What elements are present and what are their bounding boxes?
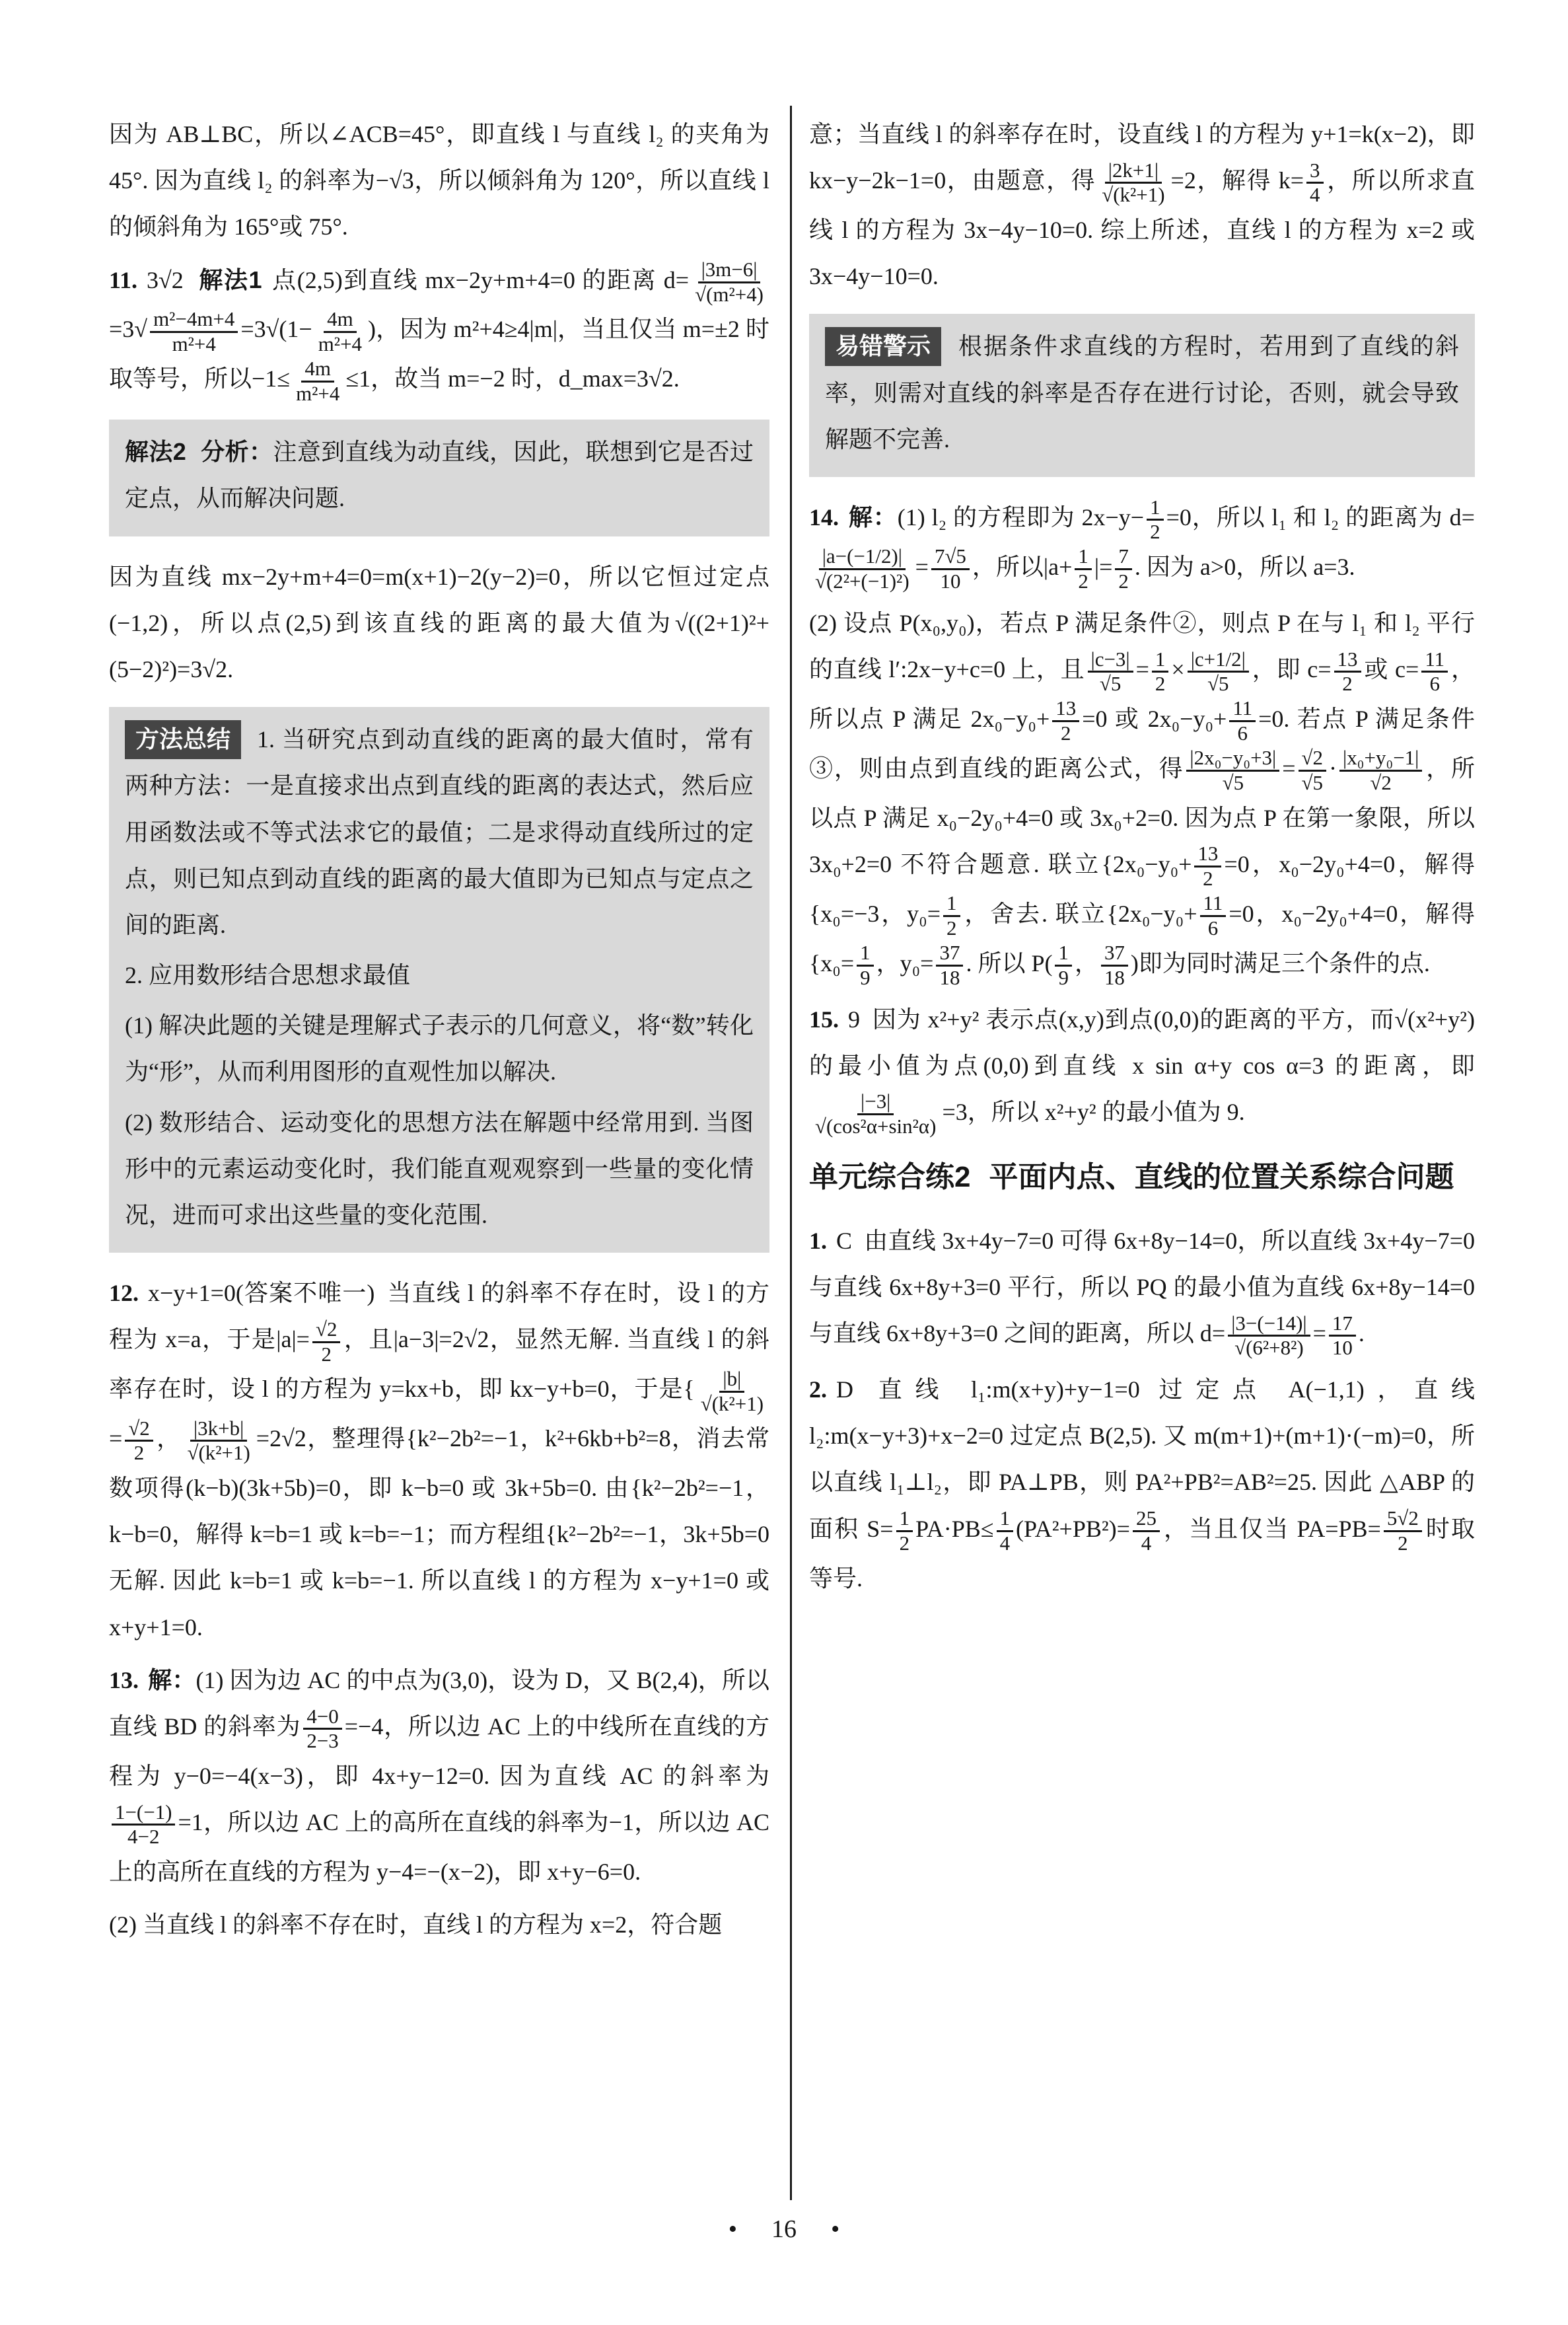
- method-summary-box: 方法总结1. 当研究点到动直线的距离的最大值时，常有两种方法：一是直接求出点到直…: [109, 707, 769, 1253]
- method2-analysis-label: 分析：: [201, 438, 273, 465]
- problem-12-answer: x−y+1=0(答案不唯一): [148, 1280, 374, 1306]
- method-summary-item-3: (1) 解决此题的关键是理解式子表示的几何意义，将“数”转化为“形”，从而利用图…: [125, 1002, 754, 1095]
- method-summary-item-2: 2. 应用数形结合思想求最值: [125, 952, 754, 998]
- problem-14-part1: (1) l₂ 的方程即为 2x−y−12=0，所以 l₁ 和 l₂ 的距离为 d…: [809, 504, 1475, 580]
- problem-11-answer: 3√2: [147, 267, 184, 293]
- problem-11-number: 11.: [109, 267, 137, 293]
- problem-15-number: 15.: [809, 1006, 839, 1033]
- practice-problem-2-number: 2.: [809, 1376, 827, 1403]
- problem-13-part1: (1) 因为边 AC 的中点为(3,0)，设为 D，又 B(2,4)，所以直线 …: [109, 1667, 769, 1885]
- problem-13-part2: (2) 当直线 l 的斜率不存在时，直线 l 的方程为 x=2，符合题: [109, 1901, 769, 1948]
- column-divider-rule: [790, 106, 792, 2200]
- page-footer: •16•: [0, 2215, 1568, 2244]
- section-header-number: 单元综合练2: [809, 1161, 970, 1193]
- error-warning-badge: 易错警示: [825, 327, 941, 365]
- solution-continuation-paragraph: 因为 AB⊥BC，所以∠ACB=45°，即直线 l 与直线 l₂ 的夹角为 45…: [109, 111, 769, 250]
- left-column: 因为 AB⊥BC，所以∠ACB=45°，即直线 l 与直线 l₂ 的夹角为 45…: [109, 111, 769, 1954]
- problem-14-solve-label: 解：: [848, 503, 898, 531]
- section-header-title: 平面内点、直线的位置关系综合问题: [989, 1161, 1454, 1193]
- practice-problem-1-answer: C: [836, 1228, 852, 1254]
- fixed-point-solution-paragraph: 因为直线 mx−2y+m+4=0=m(x+1)−2(y−2)=0，所以它恒过定点…: [109, 554, 769, 693]
- method-summary-item-1: 方法总结1. 当研究点到动直线的距离的最大值时，常有两种方法：一是直接求出点到直…: [125, 716, 754, 948]
- problem-15: 15.9因为 x²+y² 表示点(x,y)到点(0,0)的距离的平方，而√(x²…: [809, 996, 1475, 1138]
- problem-13-solve-label: 解：: [148, 1666, 196, 1693]
- error-warning-box: 易错警示根据条件求直线的方程时，若用到了直线的斜率，则需对直线的斜率是否存在进行…: [809, 314, 1475, 477]
- problem-13-number: 13.: [109, 1667, 139, 1693]
- answer-key-page: 因为 AB⊥BC，所以∠ACB=45°，即直线 l 与直线 l₂ 的夹角为 45…: [109, 111, 1475, 1954]
- problem-12-body: 当直线 l 的斜率不存在时，设 l 的方程为 x=a，于是|a|=√22，且|a…: [109, 1280, 769, 1640]
- practice-problem-1: 1.C由直线 3x+4y−7=0 可得 6x+8y−14=0，所以直线 3x+4…: [809, 1218, 1475, 1360]
- practice-problem-1-body: 由直线 3x+4y−7=0 可得 6x+8y−14=0，所以直线 3x+4y−7…: [809, 1228, 1475, 1347]
- problem-12-number: 12.: [109, 1280, 139, 1306]
- right-column: 意；当直线 l 的斜率存在时，设直线 l 的方程为 y+1=k(x−2)，即 k…: [809, 111, 1475, 1954]
- method2-analysis-paragraph: 解法2分析：注意到直线为动直线，因此，联想到它是否过定点，从而解决问题.: [125, 429, 754, 521]
- practice-problem-2: 2.D直线 l₁:m(x+y)+y−1=0 过定点 A(−1,1)，直线 l₂:…: [809, 1366, 1475, 1602]
- practice-problem-1-number: 1.: [809, 1228, 827, 1254]
- practice-problem-2-body: 直线 l₁:m(x+y)+y−1=0 过定点 A(−1,1)，直线 l₂:m(x…: [809, 1376, 1475, 1591]
- error-warning-paragraph: 易错警示根据条件求直线的方程时，若用到了直线的斜率，则需对直线的斜率是否存在进行…: [825, 323, 1459, 462]
- problem-15-answer: 9: [848, 1006, 860, 1033]
- problem-11: 11.3√2解法1点(2,5)到直线 mx−2y+m+4=0 的距离 d=|3m…: [109, 257, 769, 406]
- problem-14-number: 14.: [809, 504, 839, 531]
- problem-14-part2: (2) 设点 P(x₀,y₀)，若点 P 满足条件②，则点 P 在与 l₁ 和 …: [809, 600, 1475, 990]
- footer-left-dot: •: [729, 2215, 737, 2243]
- method2-analysis-box: 解法2分析：注意到直线为动直线，因此，联想到它是否过定点，从而解决问题.: [109, 420, 769, 536]
- problem-11-method1-label: 解法1: [198, 266, 262, 293]
- section-header-unit-practice-2: 单元综合练2平面内点、直线的位置关系综合问题: [809, 1156, 1475, 1199]
- problem-14: 14.解：(1) l₂ 的方程即为 2x−y−12=0，所以 l₁ 和 l₂ 的…: [809, 494, 1475, 593]
- problem-13: 13.解：(1) 因为边 AC 的中点为(3,0)，设为 D，又 B(2,4)，…: [109, 1657, 769, 1895]
- method-summary-item-4: (2) 数形结合、运动变化的思想方法在解题中经常用到. 当图形中的元素运动变化时…: [125, 1099, 754, 1239]
- footer-right-dot: •: [831, 2215, 839, 2243]
- practice-problem-2-answer: D: [836, 1376, 853, 1403]
- problem-15-body: 因为 x²+y² 表示点(x,y)到点(0,0)的距离的平方，而√(x²+y²)…: [809, 1006, 1475, 1125]
- problem-12: 12.x−y+1=0(答案不唯一)当直线 l 的斜率不存在时，设 l 的方程为 …: [109, 1270, 769, 1650]
- problem-13-continuation-paragraph: 意；当直线 l 的斜率存在时，设直线 l 的方程为 y+1=k(x−2)，即 k…: [809, 111, 1475, 299]
- page-number: 16: [771, 2215, 797, 2243]
- method2-label: 解法2: [125, 438, 186, 465]
- method-summary-badge: 方法总结: [125, 720, 241, 758]
